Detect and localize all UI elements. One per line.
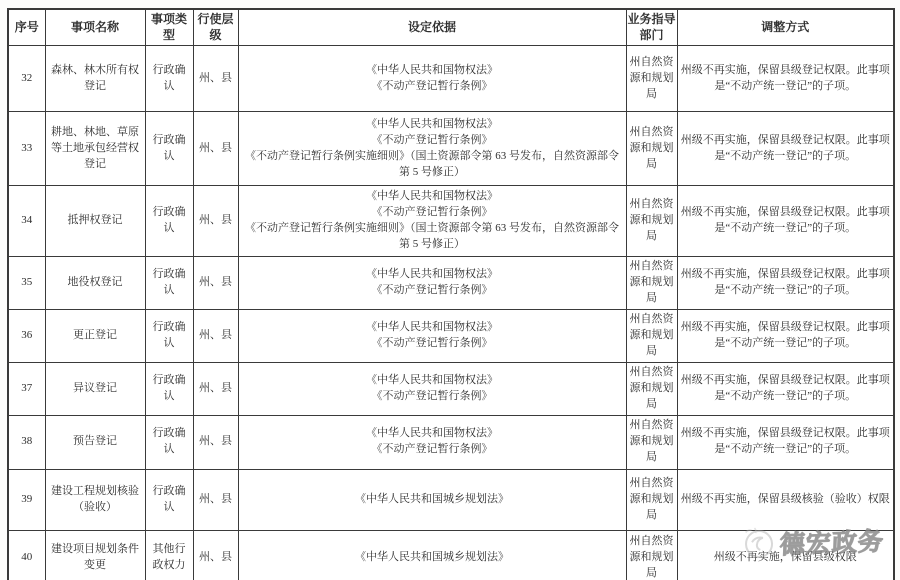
cell-type: 行政确认 — [145, 257, 193, 310]
cell-level: 州、县 — [193, 469, 238, 530]
cell-dept: 州自然资源和规划局 — [626, 469, 677, 530]
cell-basis: 《中华人民共和国城乡规划法》 — [238, 469, 626, 530]
table-row: 39 建设工程规划核验（验收） 行政确认 州、县 《中华人民共和国城乡规划法》 … — [8, 469, 894, 530]
cell-adjust: 州级不再实施，保留县级登记权限。此事项是“不动产统一登记”的子项。 — [677, 112, 894, 186]
cell-adjust: 州级不再实施，保留县级登记权限。此事项是“不动产统一登记”的子项。 — [677, 310, 894, 363]
header-type: 事项类型 — [145, 9, 193, 46]
cell-basis: 《中华人民共和国物权法》 《不动产登记暂行条例》 — [238, 363, 626, 416]
header-level: 行使层级 — [193, 9, 238, 46]
cell-basis: 《中华人民共和国物权法》 《不动产登记暂行条例》 《不动产登记暂行条例实施细则》… — [238, 112, 626, 186]
header-name: 事项名称 — [45, 9, 145, 46]
approval-items-table: 序号 事项名称 事项类型 行使层级 设定依据 业务指导部门 调整方式 32 森林… — [7, 8, 895, 580]
cell-adjust: 州级不再实施，保留县级登记权限。此事项是“不动产统一登记”的子项。 — [677, 363, 894, 416]
cell-adjust: 州级不再实施，保留县级登记权限。此事项是“不动产统一登记”的子项。 — [677, 46, 894, 112]
cell-adjust: 州级不再实施，保留县级核验（验收）权限 — [677, 469, 894, 530]
table-row: 36 更正登记 行政确认 州、县 《中华人民共和国物权法》 《不动产登记暂行条例… — [8, 310, 894, 363]
cell-type: 行政确认 — [145, 415, 193, 469]
cell-type: 行政确认 — [145, 46, 193, 112]
cell-basis: 《中华人民共和国物权法》 《不动产登记暂行条例》 — [238, 310, 626, 363]
cell-name: 建设项目规划条件变更 — [45, 530, 145, 580]
cell-no: 32 — [8, 46, 45, 112]
cell-dept: 州自然资源和规划局 — [626, 112, 677, 186]
cell-dept: 州自然资源和规划局 — [626, 46, 677, 112]
cell-no: 33 — [8, 112, 45, 186]
cell-type: 行政确认 — [145, 469, 193, 530]
cell-basis: 《中华人民共和国物权法》 《不动产登记暂行条例》 《不动产登记暂行条例实施细则》… — [238, 186, 626, 257]
cell-no: 38 — [8, 415, 45, 469]
cell-name: 预告登记 — [45, 415, 145, 469]
cell-no: 39 — [8, 469, 45, 530]
cell-level: 州、县 — [193, 186, 238, 257]
header-adjust: 调整方式 — [677, 9, 894, 46]
cell-dept: 州自然资源和规划局 — [626, 415, 677, 469]
cell-adjust: 州级不再实施，保留县级登记权限。此事项是“不动产统一登记”的子项。 — [677, 257, 894, 310]
header-no: 序号 — [8, 9, 45, 46]
cell-name: 地役权登记 — [45, 257, 145, 310]
cell-no: 34 — [8, 186, 45, 257]
cell-level: 州、县 — [193, 363, 238, 416]
cell-dept: 州自然资源和规划局 — [626, 186, 677, 257]
table-row: 34 抵押权登记 行政确认 州、县 《中华人民共和国物权法》 《不动产登记暂行条… — [8, 186, 894, 257]
header-basis: 设定依据 — [238, 9, 626, 46]
cell-type: 其他行政权力 — [145, 530, 193, 580]
cell-basis: 《中华人民共和国物权法》 《不动产登记暂行条例》 — [238, 257, 626, 310]
cell-name: 建设工程规划核验（验收） — [45, 469, 145, 530]
cell-level: 州、县 — [193, 112, 238, 186]
cell-adjust: 州级不再实施，保留县级权限 — [677, 530, 894, 580]
cell-level: 州、县 — [193, 530, 238, 580]
cell-name: 森林、林木所有权登记 — [45, 46, 145, 112]
cell-dept: 州自然资源和规划局 — [626, 363, 677, 416]
cell-name: 异议登记 — [45, 363, 145, 416]
cell-basis: 《中华人民共和国物权法》 《不动产登记暂行条例》 — [238, 415, 626, 469]
cell-dept: 州自然资源和规划局 — [626, 530, 677, 580]
cell-dept: 州自然资源和规划局 — [626, 310, 677, 363]
table-row: 40 建设项目规划条件变更 其他行政权力 州、县 《中华人民共和国城乡规划法》 … — [8, 530, 894, 580]
cell-type: 行政确认 — [145, 363, 193, 416]
cell-no: 35 — [8, 257, 45, 310]
cell-type: 行政确认 — [145, 310, 193, 363]
cell-name: 更正登记 — [45, 310, 145, 363]
table-row: 33 耕地、林地、草原等土地承包经营权登记 行政确认 州、县 《中华人民共和国物… — [8, 112, 894, 186]
cell-level: 州、县 — [193, 310, 238, 363]
cell-no: 36 — [8, 310, 45, 363]
table-row: 32 森林、林木所有权登记 行政确认 州、县 《中华人民共和国物权法》 《不动产… — [8, 46, 894, 112]
header-row: 序号 事项名称 事项类型 行使层级 设定依据 业务指导部门 调整方式 — [8, 9, 894, 46]
cell-basis: 《中华人民共和国城乡规划法》 — [238, 530, 626, 580]
cell-level: 州、县 — [193, 415, 238, 469]
table-row: 38 预告登记 行政确认 州、县 《中华人民共和国物权法》 《不动产登记暂行条例… — [8, 415, 894, 469]
cell-basis: 《中华人民共和国物权法》 《不动产登记暂行条例》 — [238, 46, 626, 112]
header-dept: 业务指导部门 — [626, 9, 677, 46]
cell-name: 抵押权登记 — [45, 186, 145, 257]
cell-adjust: 州级不再实施，保留县级登记权限。此事项是“不动产统一登记”的子项。 — [677, 415, 894, 469]
table-row: 37 异议登记 行政确认 州、县 《中华人民共和国物权法》 《不动产登记暂行条例… — [8, 363, 894, 416]
cell-adjust: 州级不再实施，保留县级登记权限。此事项是“不动产统一登记”的子项。 — [677, 186, 894, 257]
cell-type: 行政确认 — [145, 112, 193, 186]
cell-no: 40 — [8, 530, 45, 580]
cell-type: 行政确认 — [145, 186, 193, 257]
cell-dept: 州自然资源和规划局 — [626, 257, 677, 310]
cell-name: 耕地、林地、草原等土地承包经营权登记 — [45, 112, 145, 186]
cell-level: 州、县 — [193, 46, 238, 112]
table-row: 35 地役权登记 行政确认 州、县 《中华人民共和国物权法》 《不动产登记暂行条… — [8, 257, 894, 310]
cell-no: 37 — [8, 363, 45, 416]
cell-level: 州、县 — [193, 257, 238, 310]
